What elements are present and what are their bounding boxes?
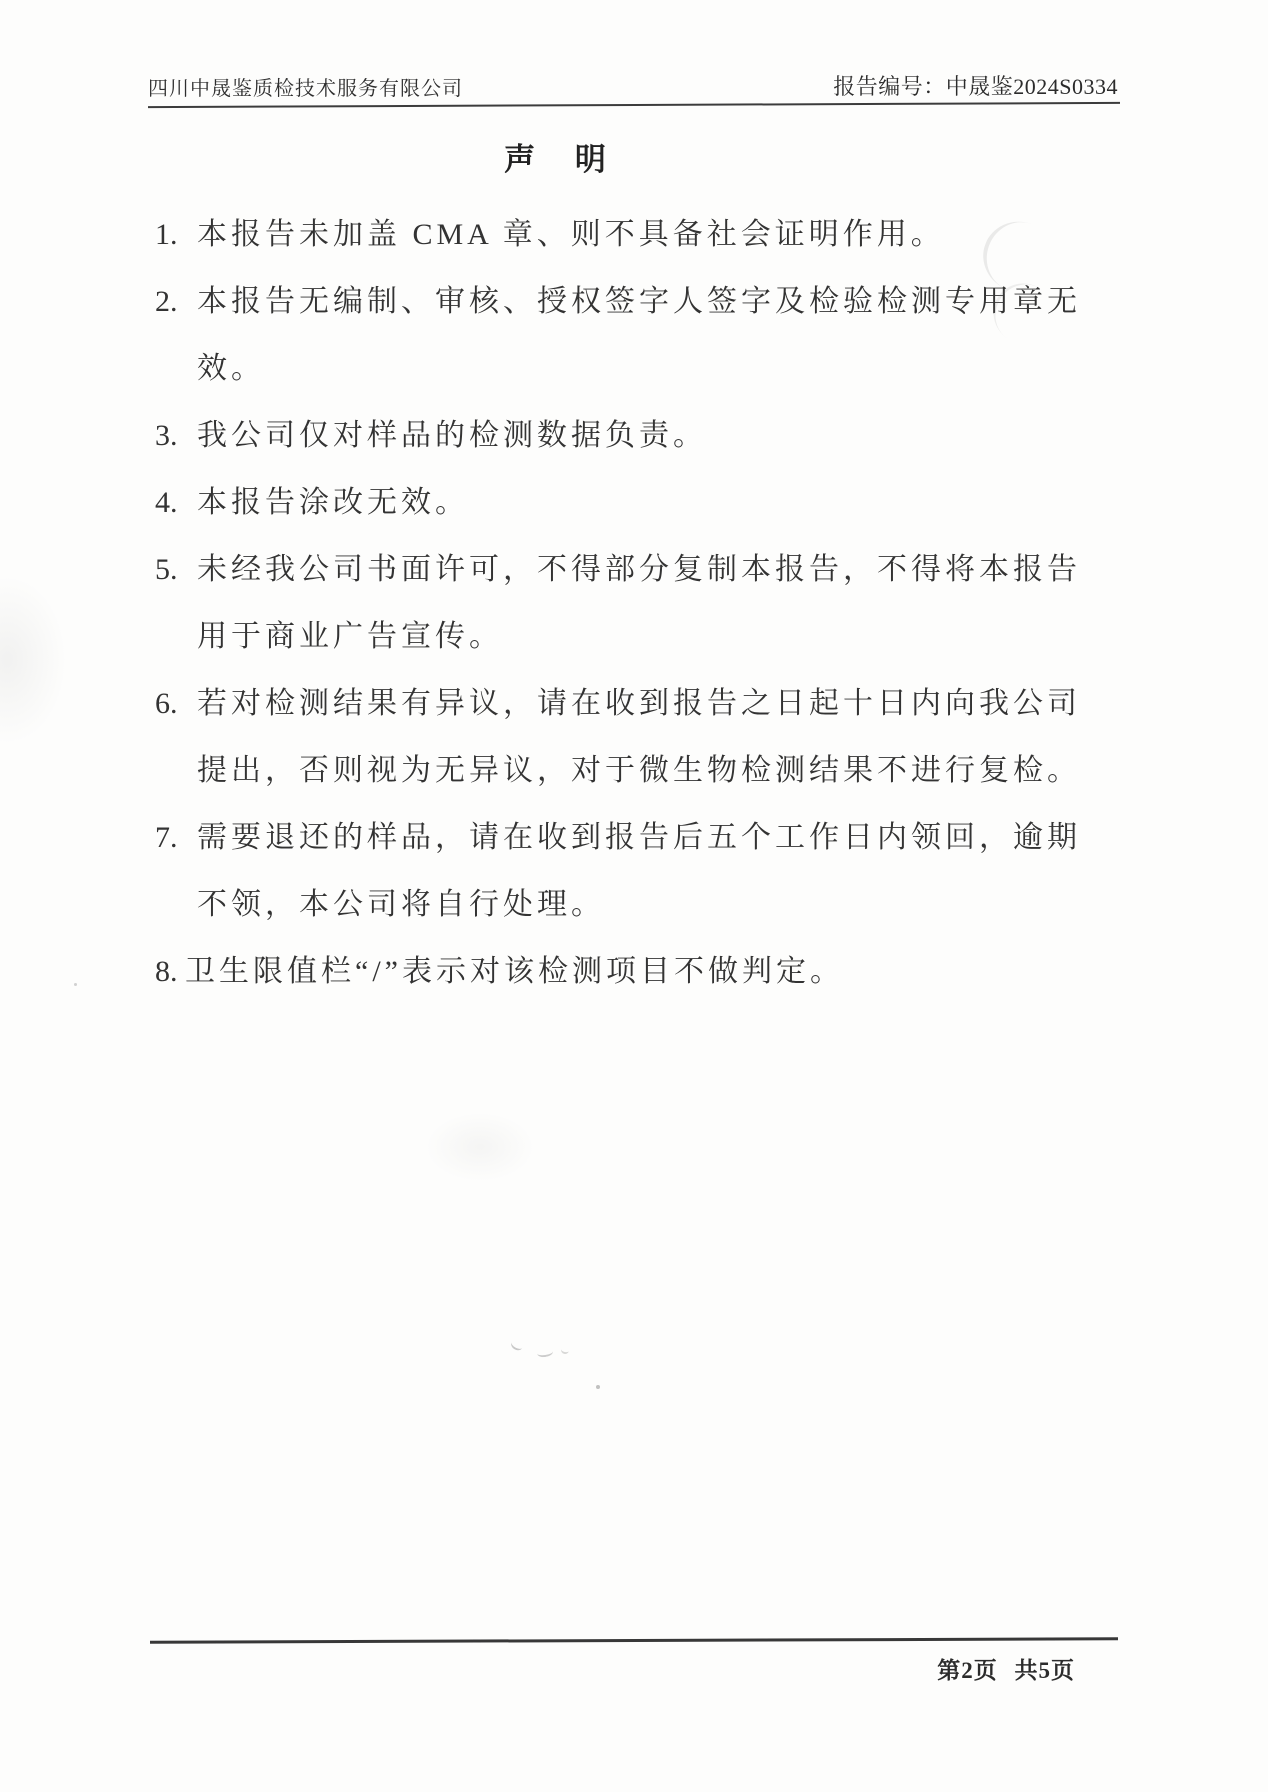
statement-text: 若对检测结果有异议，请在收到报告之日起十日内向我公司 (197, 687, 1081, 720)
statement-item-5: 5.未经我公司书面许可，不得部分复制本报告，不得将本报告 用于商业广告宣传。 (155, 536, 1198, 670)
statement-number: 5. (155, 536, 197, 603)
statement-line: 1.本报告未加盖 CMA 章、则不具备社会证明作用。 (155, 201, 1198, 268)
statement-line: 提出，否则视为无异议，对于微生物检测结果不进行复检。 (155, 737, 1198, 804)
statement-text: 卫生限值栏“/”表示对该检测项目不做判定。 (185, 955, 844, 988)
page-number: 第2页 共5页 (937, 1658, 1075, 1683)
statement-line: 4.本报告涂改无效。 (155, 469, 1198, 536)
statement-text: 提出，否则视为无异议，对于微生物检测结果不进行复检。 (197, 754, 1081, 787)
report-number-value: 中晟鉴2024S0334 (946, 74, 1118, 99)
statement-text: 本报告未加盖 CMA 章、则不具备社会证明作用。 (197, 218, 945, 251)
statement-line: 7.需要退还的样品，请在收到报告后五个工作日内领回，逾期 (155, 804, 1198, 871)
statement-item-7: 7.需要退还的样品，请在收到报告后五个工作日内领回，逾期 不领，本公司将自行处理… (155, 804, 1198, 938)
statement-number: 1. (155, 201, 197, 268)
statement-number: 2. (155, 268, 197, 335)
scan-artifact-smudge (0, 575, 67, 745)
statement-text: 本报告无编制、审核、授权签字人签字及检验检测专用章无 (197, 285, 1081, 318)
statement-number: 8. (155, 938, 185, 1005)
statement-text: 需要退还的样品，请在收到报告后五个工作日内领回，逾期 (197, 821, 1081, 854)
statement-item-2: 2.本报告无编制、审核、授权签字人签字及检验检测专用章无 效。 (155, 268, 1198, 402)
statement-line: 6.若对检测结果有异议，请在收到报告之日起十日内向我公司 (155, 670, 1198, 737)
statement-item-4: 4.本报告涂改无效。 (155, 469, 1198, 536)
statement-number: 4. (155, 469, 197, 536)
footer-divider (150, 1637, 1118, 1643)
statement-item-1: 1.本报告未加盖 CMA 章、则不具备社会证明作用。 (155, 201, 1198, 268)
page-footer: 第2页 共5页 (937, 1652, 1075, 1685)
scan-artifact-dot (74, 983, 77, 986)
statement-line: 3.我公司仅对样品的检测数据负责。 (155, 402, 1198, 469)
header-divider (148, 102, 1120, 108)
scan-artifact-smudge (425, 1112, 535, 1182)
statement-item-3: 3.我公司仅对样品的检测数据负责。 (155, 402, 1198, 469)
report-number-label: 报告编号： (833, 74, 946, 99)
statement-item-8: 8.卫生限值栏“/”表示对该检测项目不做判定。 (155, 938, 1198, 1005)
page-header: 四川中晟鉴质检技术服务有限公司 报告编号：中晟鉴2024S0334 (148, 70, 1118, 101)
scan-artifact-pencil-marks (505, 1336, 595, 1366)
statement-line: 用于商业广告宣传。 (155, 603, 1198, 670)
statement-line: 效。 (155, 335, 1198, 402)
statement-text: 用于商业广告宣传。 (197, 620, 503, 653)
statement-item-6: 6.若对检测结果有异议，请在收到报告之日起十日内向我公司 提出，否则视为无异议，… (155, 670, 1198, 804)
statement-line: 2.本报告无编制、审核、授权签字人签字及检验检测专用章无 (155, 268, 1198, 335)
statement-number: 7. (155, 804, 197, 871)
statement-number: 3. (155, 402, 197, 469)
statement-line: 不领，本公司将自行处理。 (155, 871, 1198, 938)
statement-list: 1.本报告未加盖 CMA 章、则不具备社会证明作用。 2.本报告无编制、审核、授… (155, 201, 1198, 1005)
report-number: 报告编号：中晟鉴2024S0334 (833, 70, 1118, 101)
statement-text: 我公司仅对样品的检测数据负责。 (197, 419, 707, 452)
statement-text: 效。 (197, 352, 265, 385)
scan-artifact-dot (596, 1385, 600, 1389)
company-name: 四川中晟鉴质检技术服务有限公司 (148, 72, 463, 101)
document-page: 四川中晟鉴质检技术服务有限公司 报告编号：中晟鉴2024S0334 声 明 1.… (0, 0, 1268, 1792)
statement-text: 不领，本公司将自行处理。 (197, 888, 605, 921)
statement-line: 8.卫生限值栏“/”表示对该检测项目不做判定。 (155, 938, 1198, 1005)
statement-line: 5.未经我公司书面许可，不得部分复制本报告，不得将本报告 (155, 536, 1198, 603)
statement-number: 6. (155, 670, 197, 737)
statement-text: 未经我公司书面许可，不得部分复制本报告，不得将本报告 (197, 553, 1081, 586)
statement-text: 本报告涂改无效。 (197, 486, 469, 519)
page-title: 声 明 (148, 134, 978, 179)
